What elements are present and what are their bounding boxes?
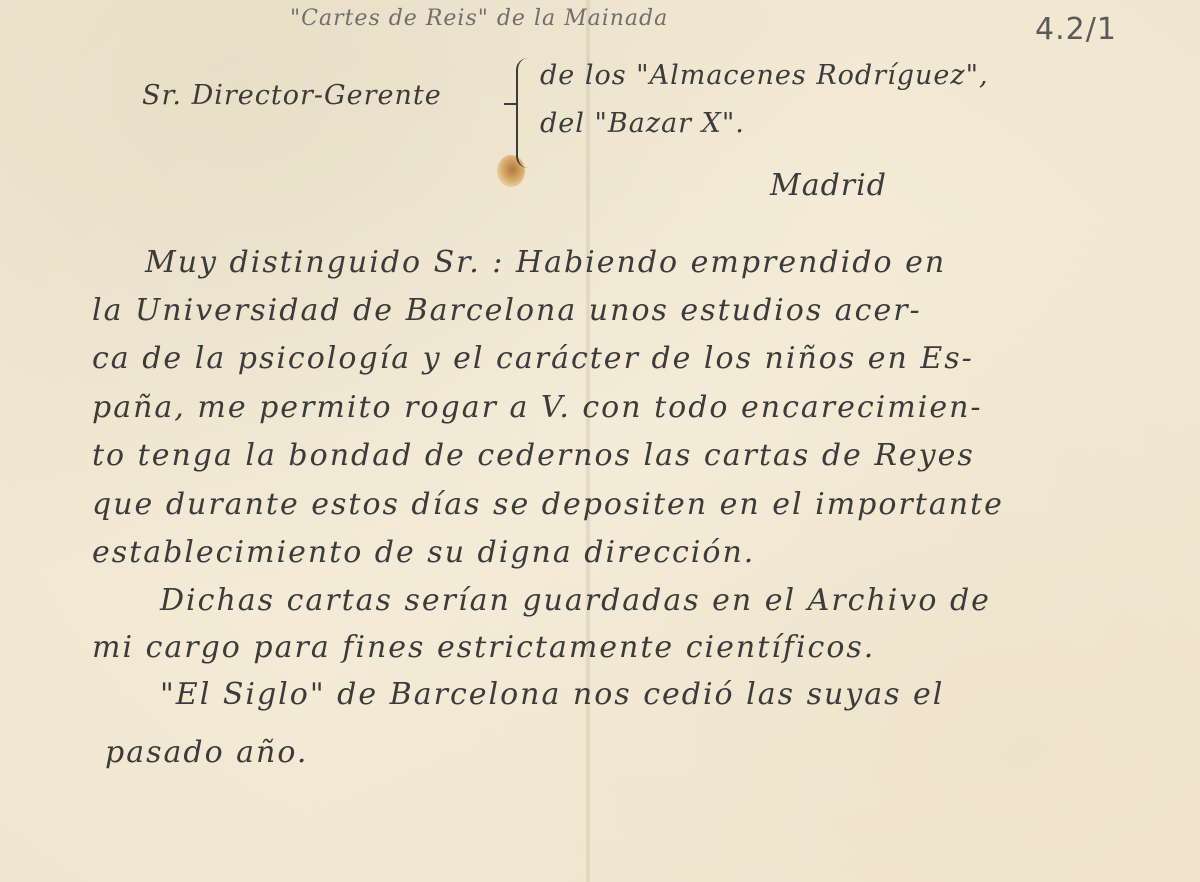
body-line: la Universidad de Barcelona unos estudio… [92,293,922,328]
addressee-city: Madrid [770,168,887,203]
addressee-line-1: de los "Almacenes Rodríguez", [540,60,989,91]
body-line: ca de la psicología y el carácter de los… [92,341,974,376]
brace-mark [516,58,534,168]
body-line: "El Siglo" de Barcelona nos cedió las su… [160,677,944,712]
body-line: Muy distinguido Sr. : Habiendo emprendid… [145,245,946,280]
addressee-line-2: del "Bazar X". [540,108,745,139]
body-line: que durante estos días se depositen en e… [92,487,1004,522]
body-line: Dichas cartas serían guardadas en el Arc… [160,583,991,618]
body-line: to tenga la bondad de cedernos las carta… [92,438,975,473]
body-line: mi cargo para fines estrictamente cientí… [92,630,875,665]
pencil-annotation: "Cartes de Reis" de la Mainada [290,6,668,31]
body-line: paña, me permito rogar a V. con todo enc… [92,390,983,425]
reference-number: 4.2/1 [1035,12,1117,47]
brace-tip [504,103,516,105]
letter-page: "Cartes de Reis" de la Mainada 4.2/1 Sr.… [0,0,1200,882]
addressee-title: Sr. Director-Gerente [142,80,442,111]
body-line: establecimiento de su digna dirección. [92,535,755,570]
body-line: pasado año. [105,735,308,770]
